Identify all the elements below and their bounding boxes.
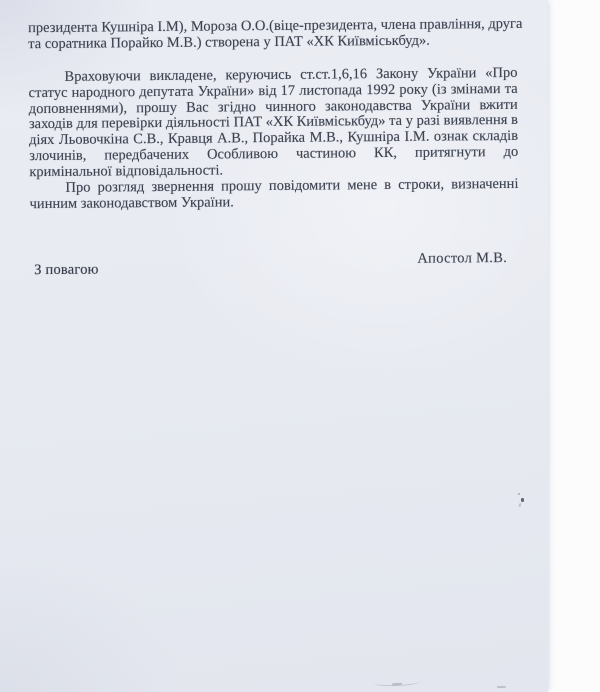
signature-block: З повагою Апостол М.В.: [30, 250, 519, 279]
paragraph-notification: Про розгляд звернення прошу повідомити м…: [29, 177, 518, 213]
letter-body: президента Кушніра І.М), Мороза О.О.(віц…: [28, 17, 519, 279]
text-line: та соратника Порайко М.В.) створена у ПА…: [28, 33, 517, 53]
ink-speck: [521, 498, 524, 502]
paragraph-continuation: президента Кушніра І.М), Мороза О.О.(віц…: [28, 17, 517, 53]
ink-speck: [518, 493, 520, 495]
paragraph-request: Враховуючи викладене, керуючись ст.ст.1,…: [28, 66, 518, 181]
closing-salutation: З повагою: [30, 261, 99, 279]
document-page: президента Кушніра І.М), Мороза О.О.(віц…: [0, 0, 548, 692]
signature-name: Апостол М.В.: [417, 250, 507, 268]
text-line: чинним законодавством України.: [30, 193, 519, 213]
pencil-smudge: [497, 686, 506, 688]
ink-speck: [519, 503, 522, 507]
